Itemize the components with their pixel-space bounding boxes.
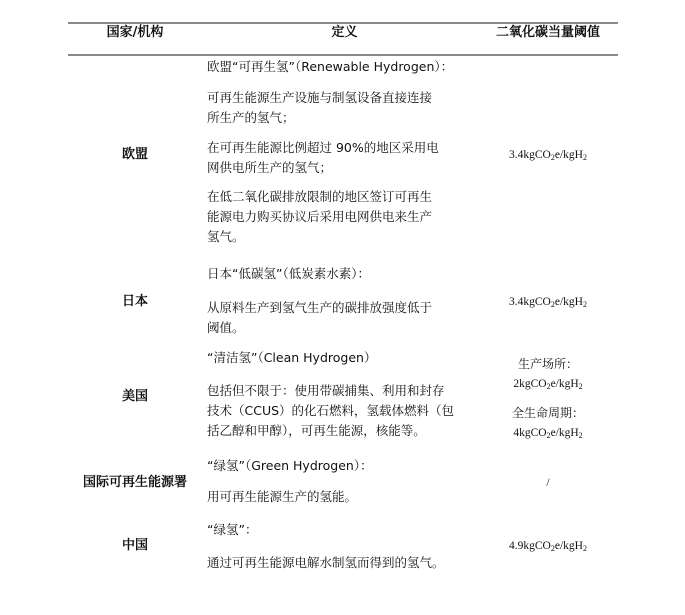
definition-item: 用可再生能源生产的氢能。 <box>207 487 482 507</box>
header-bottom-rule <box>68 54 618 56</box>
definition-title: 欧盟“可再生氢”（Renewable Hydrogen）： <box>207 57 482 77</box>
country-label: 日本 <box>68 294 202 310</box>
definition-item: 在可再生能源比例超过 90%的地区采用电 网供电所生产的氢气； <box>207 138 482 178</box>
header-definition: 定义 <box>207 25 482 41</box>
definition-item: 包括但不限于：使用带碳捕集、利用和封存 技术（CCUS）的化石燃料，氢载体燃料（… <box>207 381 482 441</box>
country-label: 欧盟 <box>68 147 202 163</box>
threshold-production-site: 生产场所： 2kgCO2e/kgH2 <box>478 354 618 394</box>
definition-item: 可再生能源生产设施与制氢设备直接连接 所生产的氢气； <box>207 88 482 128</box>
threshold-lifecycle: 全生命周期： 4kgCO2e/kgH2 <box>478 403 618 443</box>
definition-item: 在低二氧化碳排放限制的地区签订可再生 能源电力购买协议后采用电网供电来生产 氢气… <box>207 187 482 247</box>
definition-item: 通过可再生能源电解水制氢而得到的氢气。 <box>207 553 482 573</box>
country-label: 美国 <box>68 389 202 405</box>
definition-title: “清洁氢”（Clean Hydrogen） <box>207 348 482 368</box>
definition-title: 日本“低碳氢”（低炭素水素）： <box>207 264 482 284</box>
threshold-label: 全生命周期： <box>478 403 618 423</box>
header-threshold: 二氧化碳当量阈值 <box>478 25 618 41</box>
table-top-rule <box>68 22 618 24</box>
threshold-value: 4.9kgCO2e/kgH2 <box>478 536 618 556</box>
country-label: 中国 <box>68 538 202 554</box>
definition-item: 从原料生产到氢气生产的碳排放强度低于 阈值。 <box>207 298 482 338</box>
threshold-value: 3.4kgCO2e/kgH2 <box>478 145 618 165</box>
threshold-label: 生产场所： <box>478 354 618 374</box>
threshold-value: 2kgCO2e/kgH2 <box>478 374 618 394</box>
country-label: 国际可再生能源署 <box>68 475 202 491</box>
threshold-value: 4kgCO2e/kgH2 <box>478 423 618 443</box>
definition-title: “绿氢”： <box>207 520 482 540</box>
threshold-value: / <box>478 473 618 493</box>
threshold-value: 3.4kgCO2e/kgH2 <box>478 292 618 312</box>
header-country: 国家/机构 <box>68 25 202 41</box>
definition-title: “绿氢”（Green Hydrogen）： <box>207 456 482 476</box>
